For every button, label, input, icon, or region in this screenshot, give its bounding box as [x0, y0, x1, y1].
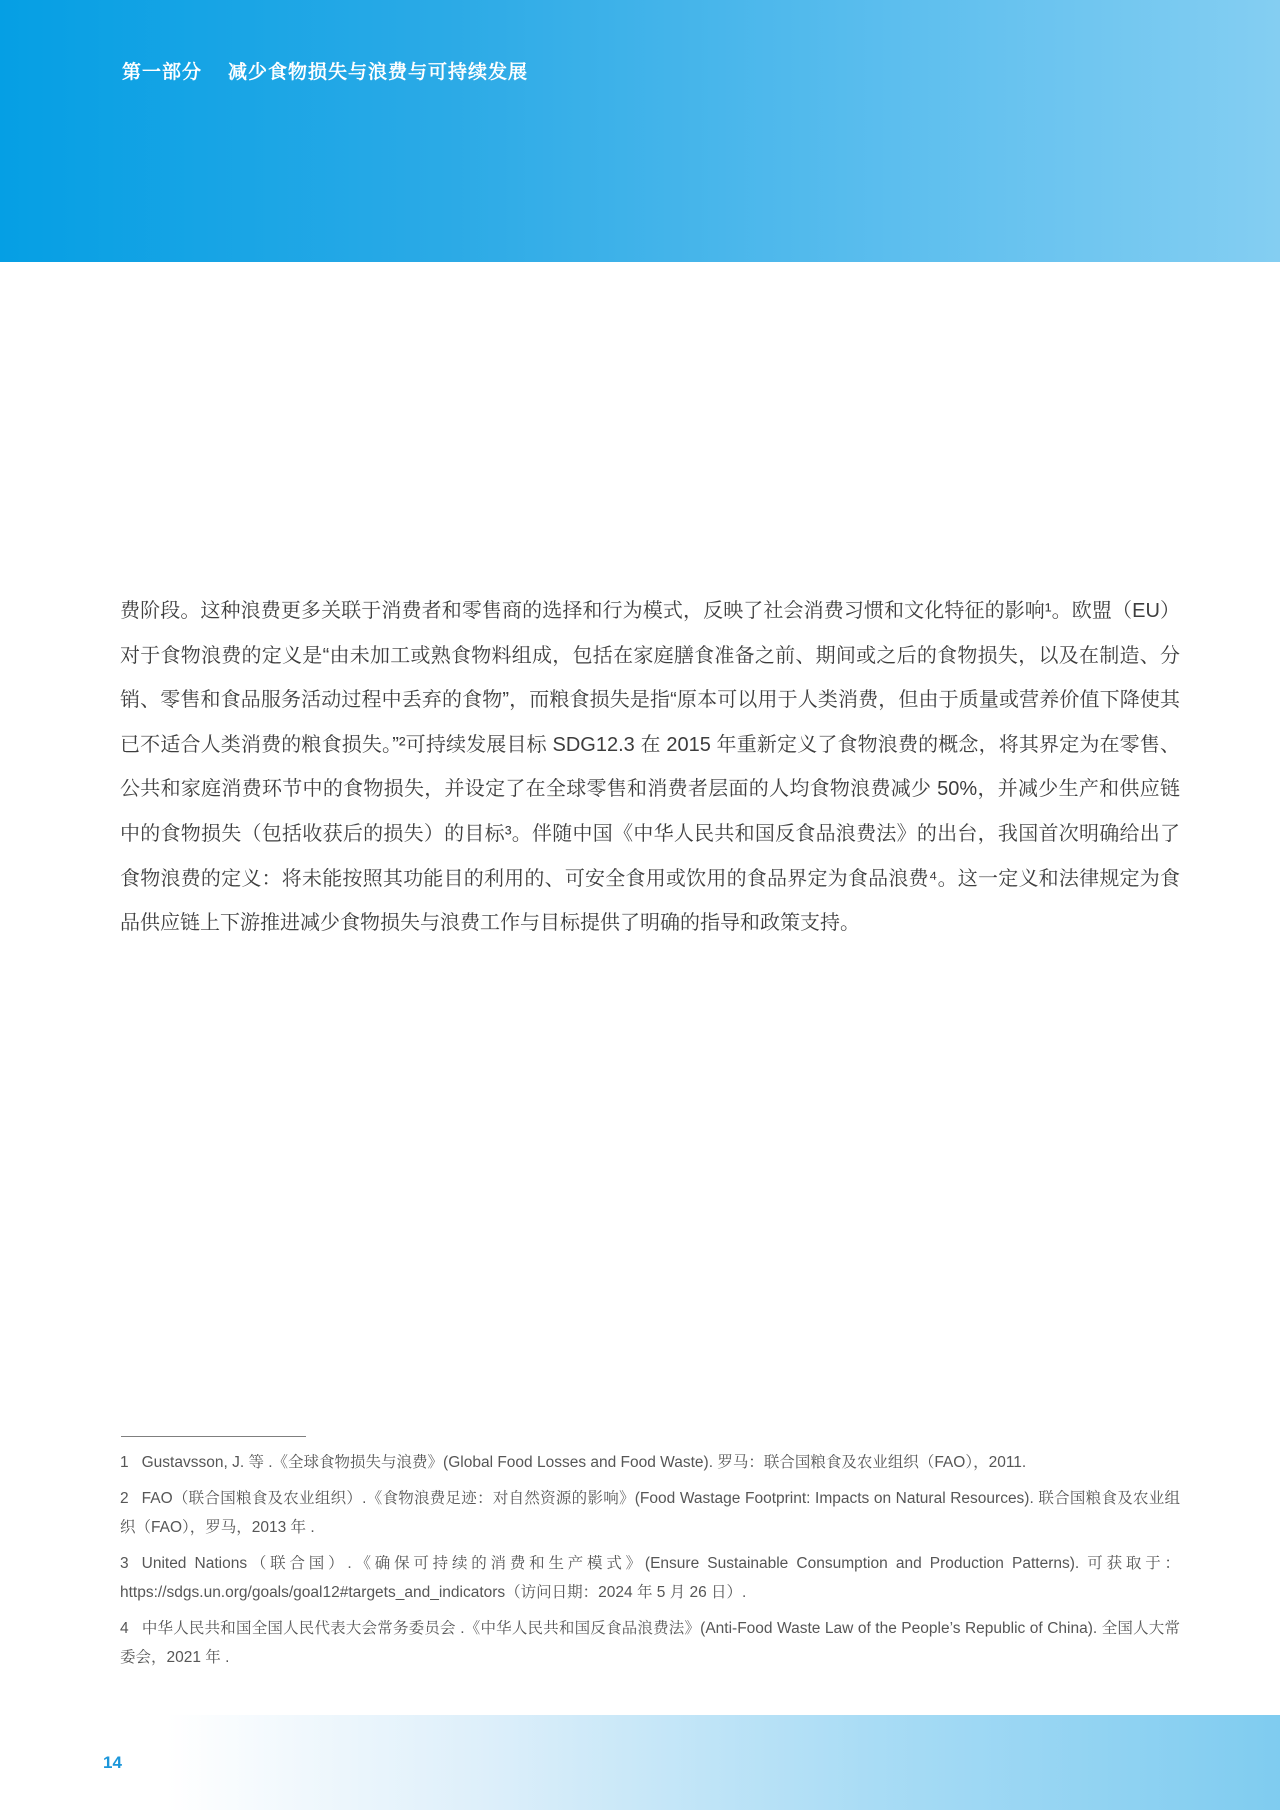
chapter-title: 减少食物损失与浪费与可持续发展	[228, 62, 528, 83]
footer-band	[0, 1715, 1280, 1810]
page-number: 14	[103, 1753, 122, 1773]
document-page: 第一部分减少食物损失与浪费与可持续发展 费阶段。这种浪费更多关联于消费者和零售商…	[0, 0, 1280, 1810]
footnote-item: 4中华人民共和国全国人民代表大会常务委员会 .《中华人民共和国反食品浪费法》(A…	[120, 1614, 1180, 1672]
footnote-number: 3	[120, 1555, 129, 1572]
footnote-text: FAO（联合国粮食及农业组织）.《食物浪费足迹：对自然资源的影响》(Food W…	[120, 1490, 1180, 1536]
footnote-item: 3United Nations（联合国）.《确保可持续的消费和生产模式》(Ens…	[120, 1549, 1180, 1607]
part-label: 第一部分	[122, 62, 202, 83]
footnote-number: 1	[120, 1454, 129, 1471]
footnote-number: 2	[120, 1490, 129, 1507]
footnotes-section: 1Gustavsson, J. 等 .《全球食物损失与浪费》(Global Fo…	[120, 1436, 1180, 1679]
header-title: 第一部分减少食物损失与浪费与可持续发展	[122, 57, 528, 84]
footnote-divider	[121, 1436, 306, 1437]
footnote-item: 1Gustavsson, J. 等 .《全球食物损失与浪费》(Global Fo…	[120, 1448, 1180, 1477]
footnote-text: 中华人民共和国全国人民代表大会常务委员会 .《中华人民共和国反食品浪费法》(An…	[120, 1620, 1180, 1666]
footnote-text: United Nations（联合国）.《确保可持续的消费和生产模式》(Ensu…	[120, 1555, 1180, 1601]
footnote-number: 4	[120, 1620, 129, 1637]
body-paragraph: 费阶段。这种浪费更多关联于消费者和零售商的选择和行为模式，反映了社会消费习惯和文…	[120, 589, 1180, 946]
footnote-text: Gustavsson, J. 等 .《全球食物损失与浪费》(Global Foo…	[142, 1454, 1027, 1471]
footnote-item: 2FAO（联合国粮食及农业组织）.《食物浪费足迹：对自然资源的影响》(Food …	[120, 1484, 1180, 1542]
header-band: 第一部分减少食物损失与浪费与可持续发展	[0, 0, 1280, 262]
